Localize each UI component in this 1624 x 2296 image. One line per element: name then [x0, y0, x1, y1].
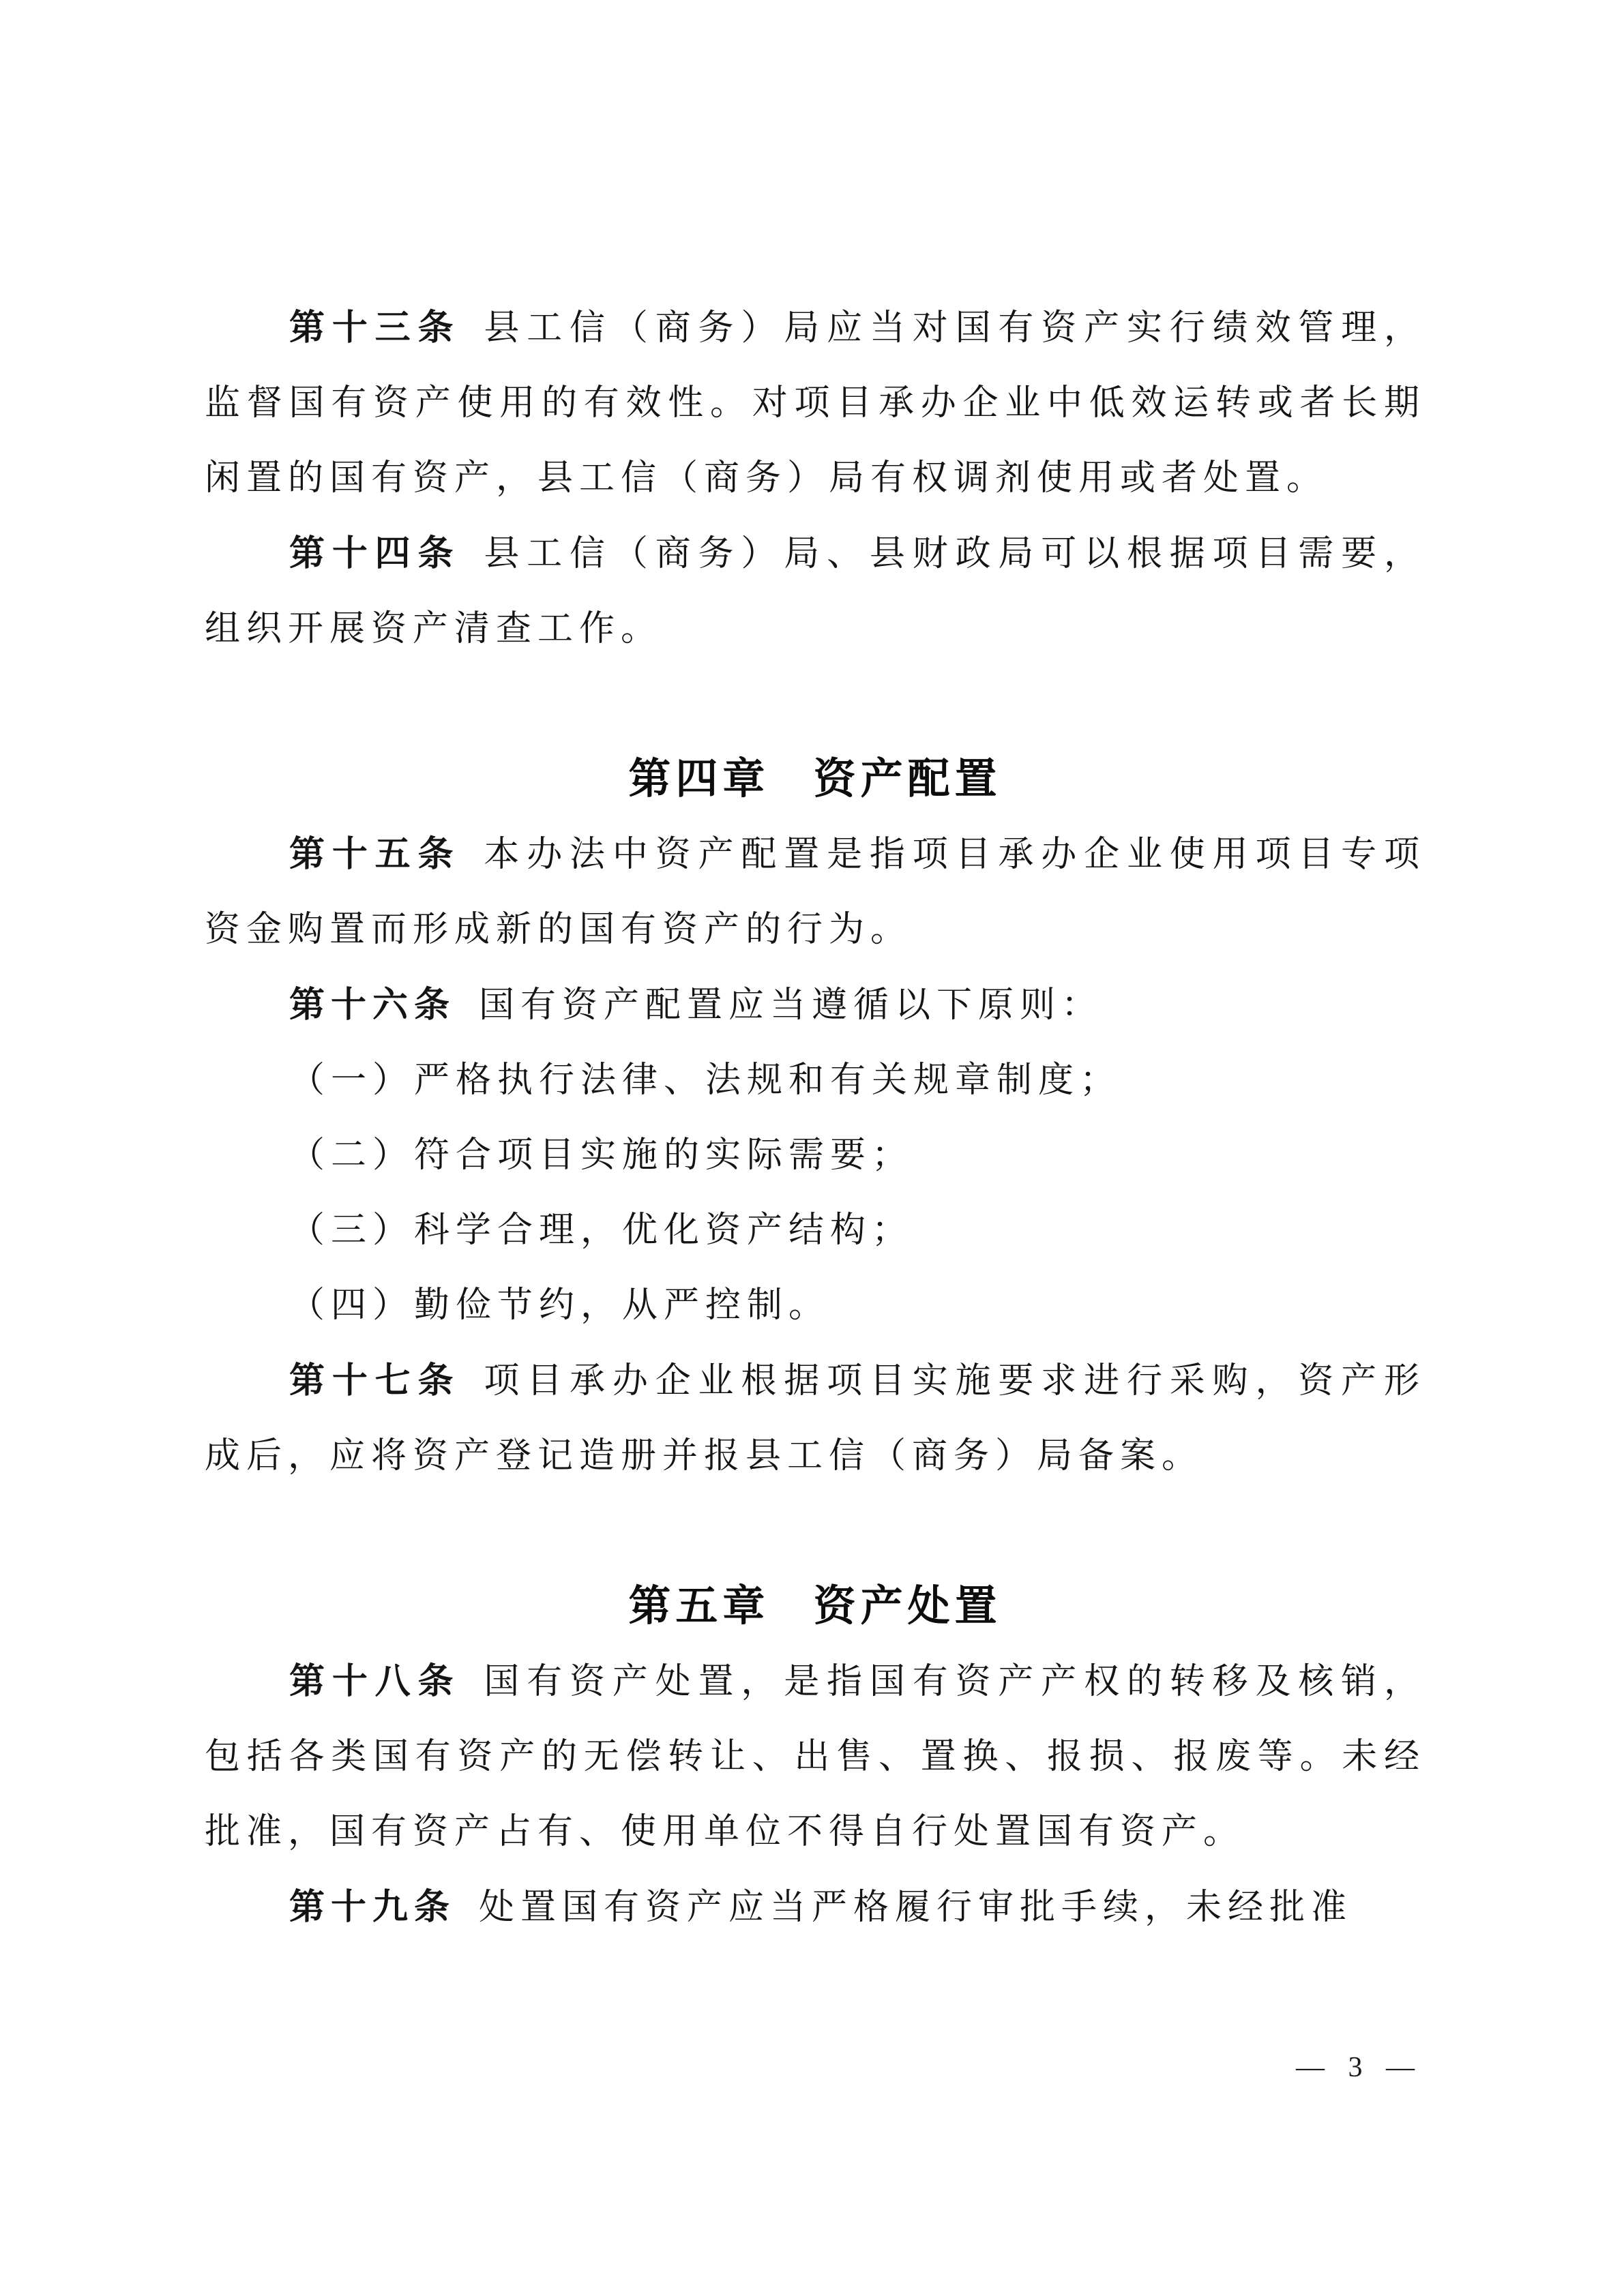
clause-item-1: （一）严格执行法律、法规和有关规章制度；	[205, 1043, 1426, 1118]
article-17: 第十七条项目承办企业根据项目实施要求进行采购，资产形成后，应将资产登记造册并报县…	[205, 1343, 1426, 1494]
article-16-text: 国有资产配置应当遵循以下原则：	[479, 986, 1103, 1025]
article-16-number: 第十六条	[289, 985, 456, 1025]
clause-item-4: （四）勤俭节约，从严控制。	[205, 1268, 1426, 1343]
article-18-number: 第十八条	[289, 1662, 460, 1701]
article-16: 第十六条国有资产配置应当遵循以下原则：	[205, 968, 1426, 1043]
article-18: 第十八条国有资产处置，是指国有资产产权的转移及核销，包括各类国有资产的无偿转让、…	[205, 1644, 1426, 1870]
article-13-number: 第十三条	[289, 308, 460, 348]
page-number: — 3 —	[1296, 2047, 1423, 2088]
article-15: 第十五条本办法中资产配置是指项目承办企业使用项目专项资金购置而形成新的国有资产的…	[205, 817, 1426, 968]
article-19: 第十九条处置国有资产应当严格履行审批手续，未经批准	[205, 1870, 1426, 1945]
article-14-number: 第十四条	[289, 534, 460, 573]
chapter-5-heading: 第五章 资产处置	[205, 1569, 1426, 1644]
article-15-number: 第十五条	[289, 835, 460, 874]
article-14: 第十四条县工信（商务）局、县财政局可以根据项目需要，组织开展资产清查工作。	[205, 516, 1426, 667]
clause-item-2: （二）符合项目实施的实际需要；	[205, 1118, 1426, 1193]
document-body: 第十三条县工信（商务）局应当对国有资产实行绩效管理，监督国有资产使用的有效性。对…	[205, 290, 1426, 1945]
chapter-4-heading: 第四章 资产配置	[205, 742, 1426, 817]
article-17-number: 第十七条	[289, 1361, 460, 1401]
article-19-text: 处置国有资产应当严格履行审批手续，未经批准	[479, 1888, 1353, 1927]
document-page: 第十三条县工信（商务）局应当对国有资产实行绩效管理，监督国有资产使用的有效性。对…	[0, 0, 1624, 2296]
article-19-number: 第十九条	[289, 1888, 456, 1927]
clause-item-3: （三）科学合理，优化资产结构；	[205, 1193, 1426, 1268]
article-13: 第十三条县工信（商务）局应当对国有资产实行绩效管理，监督国有资产使用的有效性。对…	[205, 290, 1426, 516]
